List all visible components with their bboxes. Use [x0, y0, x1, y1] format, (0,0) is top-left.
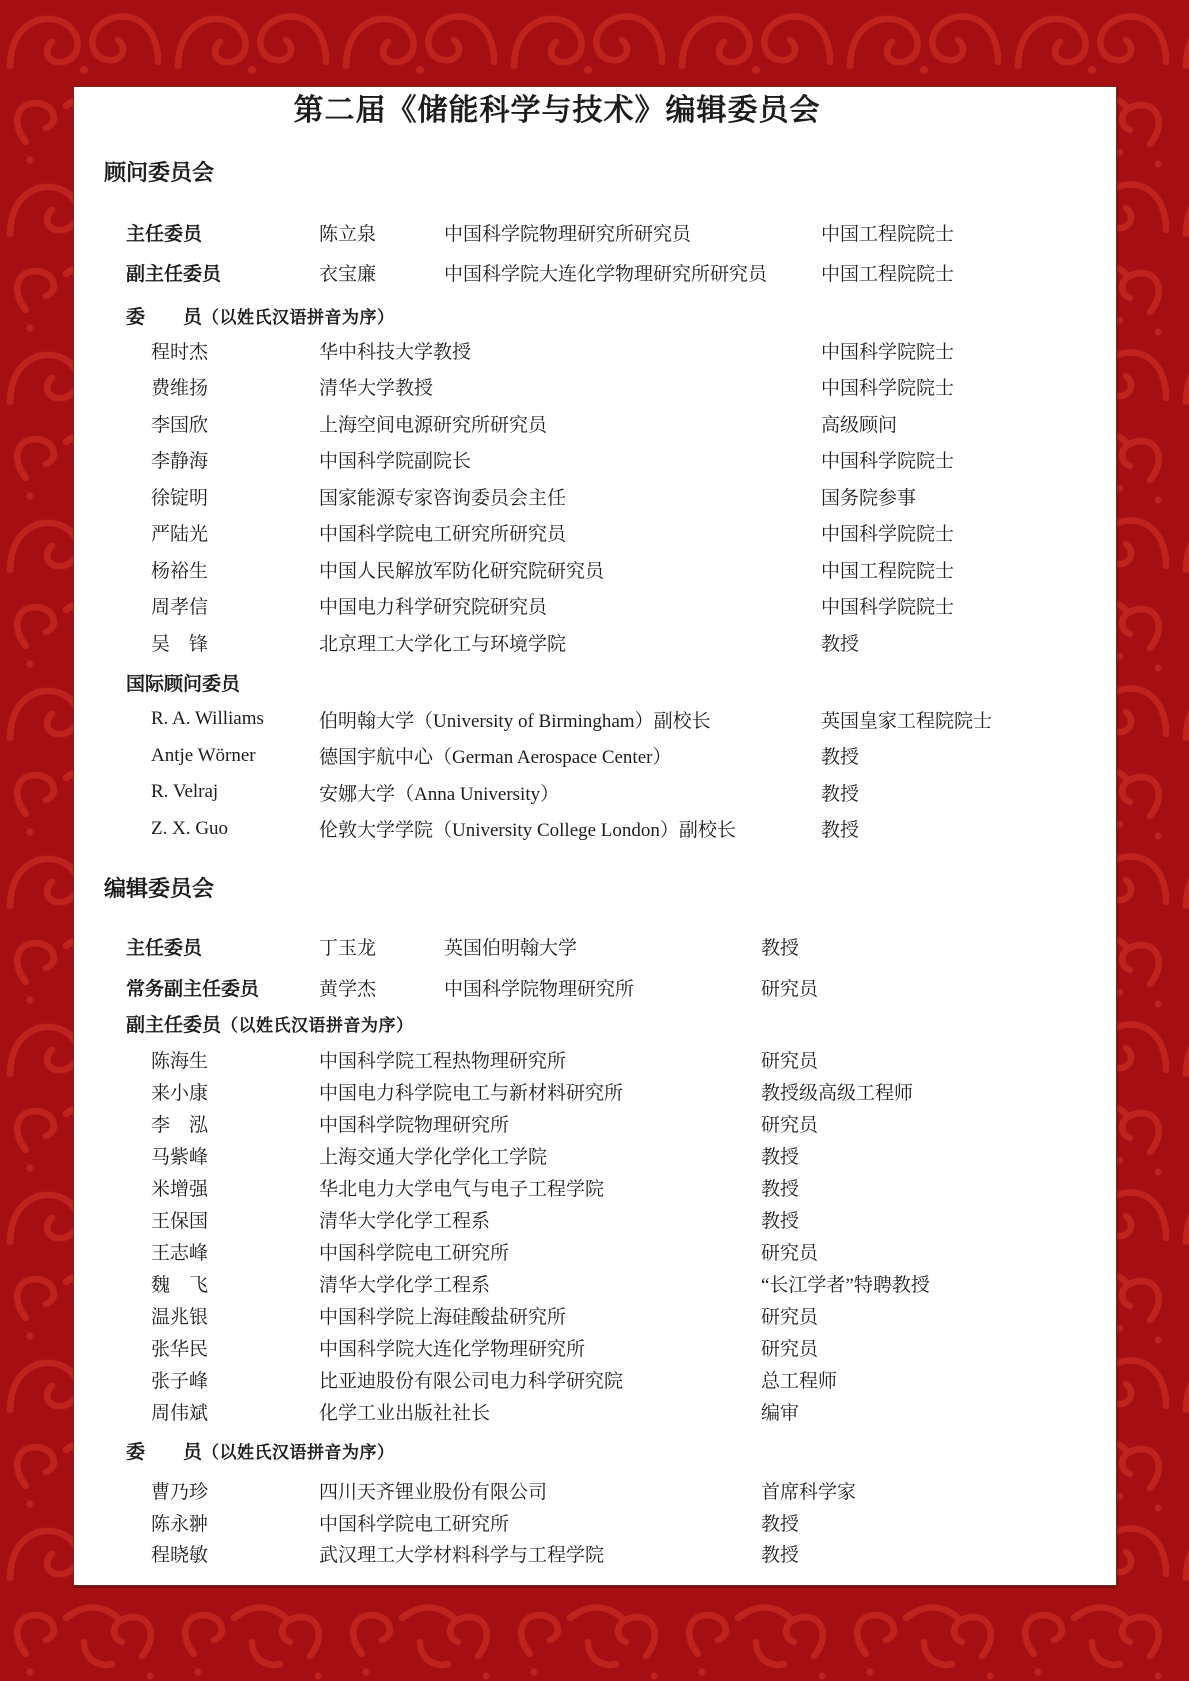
member-affiliation: 上海空间电源研究所研究员 [319, 410, 821, 437]
member-title: 研究员 [761, 974, 1116, 1001]
committee-row: R. A. Williams伯明翰大学（University of Birmin… [151, 701, 1116, 738]
member-name: 程时杰 [151, 337, 319, 364]
member-title: 中国科学院院士 [821, 592, 1116, 619]
committee-row: 张子峰比亚迪股份有限公司电力科学研究院总工程师 [151, 1364, 1116, 1396]
section-heading: 顾问委员会 [104, 158, 1116, 188]
committee-row: 副主任委员衣宝廉中国科学院大连化学物理研究所研究员中国工程院院士 [126, 252, 1116, 292]
row-label: 副主任委员 [126, 259, 319, 286]
member-affiliation: 中国科学院电工研究所 [319, 1238, 761, 1265]
committee-row: 吴 锋北京理工大学化工与环境学院教授 [151, 624, 1116, 661]
group-note: （以姓氏汉语拼音为序） [221, 1011, 414, 1036]
committee-row: 张华民中国科学院大连化学物理研究所研究员 [151, 1332, 1116, 1364]
section-heading: 编辑委员会 [104, 874, 1116, 904]
member-title: 高级顾问 [821, 410, 1116, 437]
committee-row: 主任委员陈立泉中国科学院物理研究所研究员中国工程院院士 [126, 212, 1116, 252]
committee-row: 魏 飞清华大学化学工程系“长江学者”特聘教授 [151, 1268, 1116, 1300]
member-affiliation: 安娜大学（Anna University） [319, 779, 821, 806]
member-title: 教授 [761, 933, 1116, 960]
committee-row: 王保国清华大学化学工程系教授 [151, 1204, 1116, 1236]
member-title: 研究员 [761, 1046, 1116, 1073]
member-name: 张华民 [151, 1334, 319, 1361]
member-name: 张子峰 [151, 1366, 319, 1393]
row-label: 主任委员 [126, 933, 319, 960]
member-affiliation: 中国电力科学院电工与新材料研究所 [319, 1078, 761, 1105]
member-name: 温兆银 [151, 1302, 319, 1329]
member-name: 严陆光 [151, 519, 319, 546]
member-name: 丁玉龙 [319, 933, 444, 960]
member-title: 教授 [821, 779, 1116, 806]
member-affiliation: 清华大学化学工程系 [319, 1206, 761, 1233]
member-affiliation: 中国科学院物理研究所 [444, 974, 761, 1001]
member-affiliation: 德国宇航中心（German Aerospace Center） [319, 742, 821, 769]
group-label: 副主任委员 [126, 1010, 221, 1037]
member-title: 教授 [821, 815, 1116, 842]
member-name: 周伟斌 [151, 1398, 319, 1425]
row-label: 主任委员 [126, 219, 319, 246]
member-name: 李静海 [151, 446, 319, 473]
member-affiliation: 清华大学教授 [319, 373, 821, 400]
member-rows-group: 曹乃珍四川天齐锂业股份有限公司首席科学家陈永翀中国科学院电工研究所教授程晓敏武汉… [74, 1475, 1116, 1570]
member-title: 教授级高级工程师 [761, 1078, 1116, 1105]
committee-row: 严陆光中国科学院电工研究所研究员中国科学院院士 [151, 515, 1116, 552]
committee-row: 李静海中国科学院副院长中国科学院院士 [151, 442, 1116, 479]
member-name: R. A. Williams [151, 708, 319, 730]
page-title: 第二届《储能科学与技术》编辑委员会 [74, 87, 1116, 135]
committee-section: 编辑委员会主任委员丁玉龙英国伯明翰大学教授常务副主任委员黄学杰中国科学院物理研究… [74, 874, 1116, 1570]
member-name: 费维扬 [151, 373, 319, 400]
member-affiliation: 中国科学院物理研究所 [319, 1110, 761, 1137]
committee-row: 徐锭明国家能源专家咨询委员会主任国务院参事 [151, 478, 1116, 515]
committee-row: 周孝信中国电力科学研究院研究员中国科学院院士 [151, 588, 1116, 625]
member-title: 研究员 [761, 1334, 1116, 1361]
member-name: 陈立泉 [319, 219, 444, 246]
document-canvas: 第二届《储能科学与技术》编辑委员会 顾问委员会主任委员陈立泉中国科学院物理研究所… [0, 0, 1189, 1681]
member-affiliation: 国家能源专家咨询委员会主任 [319, 483, 821, 510]
committee-row: 杨裕生中国人民解放军防化研究院研究员中国工程院院士 [151, 551, 1116, 588]
member-title: 教授 [761, 1540, 1116, 1567]
committee-document-page: 第二届《储能科学与技术》编辑委员会 顾问委员会主任委员陈立泉中国科学院物理研究所… [73, 86, 1117, 1586]
member-title: 中国科学院院士 [821, 519, 1116, 546]
member-affiliation: 武汉理工大学材料科学与工程学院 [319, 1540, 761, 1567]
member-name: 陈永翀 [151, 1509, 319, 1536]
member-name: 李国欣 [151, 410, 319, 437]
member-title: 中国工程院院士 [821, 259, 1116, 286]
member-affiliation: 中国人民解放军防化研究院研究员 [319, 556, 821, 583]
member-name: 衣宝廉 [319, 259, 444, 286]
member-title: 中国工程院院士 [821, 219, 1116, 246]
member-affiliation: 华中科技大学教授 [319, 337, 821, 364]
committee-row: 主任委员丁玉龙英国伯明翰大学教授 [126, 926, 1116, 967]
member-name: 程晓敏 [151, 1540, 319, 1567]
member-name: 王志峰 [151, 1238, 319, 1265]
officer-rows-group: 主任委员陈立泉中国科学院物理研究所研究员中国工程院院士副主任委员衣宝廉中国科学院… [74, 212, 1116, 292]
member-name: R. Velraj [151, 781, 319, 803]
sections-root: 顾问委员会主任委员陈立泉中国科学院物理研究所研究员中国工程院院士副主任委员衣宝廉… [74, 158, 1116, 1569]
committee-row: 陈永翀中国科学院电工研究所教授 [151, 1506, 1116, 1538]
member-name: 杨裕生 [151, 556, 319, 583]
member-title: 国务院参事 [821, 483, 1116, 510]
member-affiliation: 清华大学化学工程系 [319, 1270, 761, 1297]
officer-rows-group: 主任委员丁玉龙英国伯明翰大学教授常务副主任委员黄学杰中国科学院物理研究所研究员 [74, 926, 1116, 1008]
committee-row: 米增强华北电力大学电气与电子工程学院教授 [151, 1172, 1116, 1204]
member-affiliation: 中国科学院大连化学物理研究所研究员 [444, 259, 821, 286]
committee-row: 来小康中国电力科学院电工与新材料研究所教授级高级工程师 [151, 1076, 1116, 1108]
group-label: 委 员 [126, 302, 202, 329]
member-name: 李 泓 [151, 1110, 319, 1137]
member-title: 中国科学院院士 [821, 373, 1116, 400]
member-title: 总工程师 [761, 1366, 1116, 1393]
member-title: 中国工程院院士 [821, 556, 1116, 583]
committee-row: 常务副主任委员黄学杰中国科学院物理研究所研究员 [126, 967, 1116, 1008]
member-name: Antje Wörner [151, 745, 319, 767]
committee-row: 周伟斌化学工业出版社社长编审 [151, 1396, 1116, 1428]
committee-section: 顾问委员会主任委员陈立泉中国科学院物理研究所研究员中国工程院院士副主任委员衣宝廉… [74, 158, 1116, 847]
member-affiliation: 中国科学院上海硅酸盐研究所 [319, 1302, 761, 1329]
member-affiliation: 中国科学院电工研究所研究员 [319, 519, 821, 546]
member-affiliation: 化学工业出版社社长 [319, 1398, 761, 1425]
member-title: 教授 [761, 1174, 1116, 1201]
member-name: 陈海生 [151, 1046, 319, 1073]
group-label: 国际顾问委员 [126, 669, 240, 696]
member-affiliation: 中国科学院工程热物理研究所 [319, 1046, 761, 1073]
member-title: 编审 [761, 1398, 1116, 1425]
member-title: 教授 [761, 1206, 1116, 1233]
member-title: 研究员 [761, 1110, 1116, 1137]
member-name: 吴 锋 [151, 629, 319, 656]
member-name: 来小康 [151, 1078, 319, 1105]
member-title: “长江学者”特聘教授 [761, 1270, 1116, 1297]
committee-row: 陈海生中国科学院工程热物理研究所研究员 [151, 1044, 1116, 1076]
committee-row: 程晓敏武汉理工大学材料科学与工程学院教授 [151, 1538, 1116, 1570]
member-affiliation: 英国伯明翰大学 [444, 933, 761, 960]
member-rows-group: R. A. Williams伯明翰大学（University of Birmin… [74, 701, 1116, 847]
member-title: 教授 [821, 629, 1116, 656]
member-title: 教授 [761, 1142, 1116, 1169]
member-title: 英国皇家工程院院士 [821, 706, 1116, 733]
member-affiliation: 比亚迪股份有限公司电力科学研究院 [319, 1366, 761, 1393]
group-header: 委 员（以姓氏汉语拼音为序） [126, 1436, 1116, 1466]
member-rows-group: 陈海生中国科学院工程热物理研究所研究员来小康中国电力科学院电工与新材料研究所教授… [74, 1044, 1116, 1428]
row-label: 常务副主任委员 [126, 974, 319, 1001]
member-name: Z. X. Guo [151, 818, 319, 840]
group-header: 副主任委员（以姓氏汉语拼音为序） [126, 1009, 1116, 1039]
member-title: 研究员 [761, 1238, 1116, 1265]
group-note: （以姓氏汉语拼音为序） [202, 1438, 395, 1463]
committee-row: 王志峰中国科学院电工研究所研究员 [151, 1236, 1116, 1268]
member-affiliation: 中国科学院大连化学物理研究所 [319, 1334, 761, 1361]
committee-row: 李国欣上海空间电源研究所研究员高级顾问 [151, 405, 1116, 442]
member-name: 黄学杰 [319, 974, 444, 1001]
committee-row: 曹乃珍四川天齐锂业股份有限公司首席科学家 [151, 1475, 1116, 1507]
member-affiliation: 中国科学院副院长 [319, 446, 821, 473]
member-name: 魏 飞 [151, 1270, 319, 1297]
committee-row: 费维扬清华大学教授中国科学院院士 [151, 369, 1116, 406]
group-header: 国际顾问委员 [126, 667, 1116, 697]
member-name: 周孝信 [151, 592, 319, 619]
member-name: 马紫峰 [151, 1142, 319, 1169]
member-rows-group: 程时杰华中科技大学教授中国科学院院士费维扬清华大学教授中国科学院院士李国欣上海空… [74, 332, 1116, 661]
committee-row: 李 泓中国科学院物理研究所研究员 [151, 1108, 1116, 1140]
member-title: 教授 [761, 1509, 1116, 1536]
member-name: 王保国 [151, 1206, 319, 1233]
member-affiliation: 上海交通大学化学化工学院 [319, 1142, 761, 1169]
member-affiliation: 中国科学院物理研究所研究员 [444, 219, 821, 246]
member-affiliation: 中国科学院电工研究所 [319, 1509, 761, 1536]
member-title: 教授 [821, 742, 1116, 769]
member-affiliation: 中国电力科学研究院研究员 [319, 592, 821, 619]
committee-row: 程时杰华中科技大学教授中国科学院院士 [151, 332, 1116, 369]
committee-row: R. Velraj安娜大学（Anna University）教授 [151, 774, 1116, 811]
group-note: （以姓氏汉语拼音为序） [202, 303, 395, 328]
member-name: 徐锭明 [151, 483, 319, 510]
committee-row: Antje Wörner德国宇航中心（German Aerospace Cent… [151, 737, 1116, 774]
member-affiliation: 四川天齐锂业股份有限公司 [319, 1477, 761, 1504]
member-affiliation: 伯明翰大学（University of Birmingham）副校长 [319, 706, 821, 733]
member-name: 曹乃珍 [151, 1477, 319, 1504]
member-name: 米增强 [151, 1174, 319, 1201]
group-label: 委 员 [126, 1437, 202, 1464]
member-title: 研究员 [761, 1302, 1116, 1329]
group-header: 委 员（以姓氏汉语拼音为序） [126, 300, 1116, 330]
member-affiliation: 伦敦大学学院（University College London）副校长 [319, 815, 821, 842]
member-title: 中国科学院院士 [821, 446, 1116, 473]
committee-row: Z. X. Guo伦敦大学学院（University College Londo… [151, 810, 1116, 847]
member-title: 首席科学家 [761, 1477, 1116, 1504]
member-affiliation: 北京理工大学化工与环境学院 [319, 629, 821, 656]
member-affiliation: 华北电力大学电气与电子工程学院 [319, 1174, 761, 1201]
committee-row: 温兆银中国科学院上海硅酸盐研究所研究员 [151, 1300, 1116, 1332]
committee-row: 马紫峰上海交通大学化学化工学院教授 [151, 1140, 1116, 1172]
member-title: 中国科学院院士 [821, 337, 1116, 364]
